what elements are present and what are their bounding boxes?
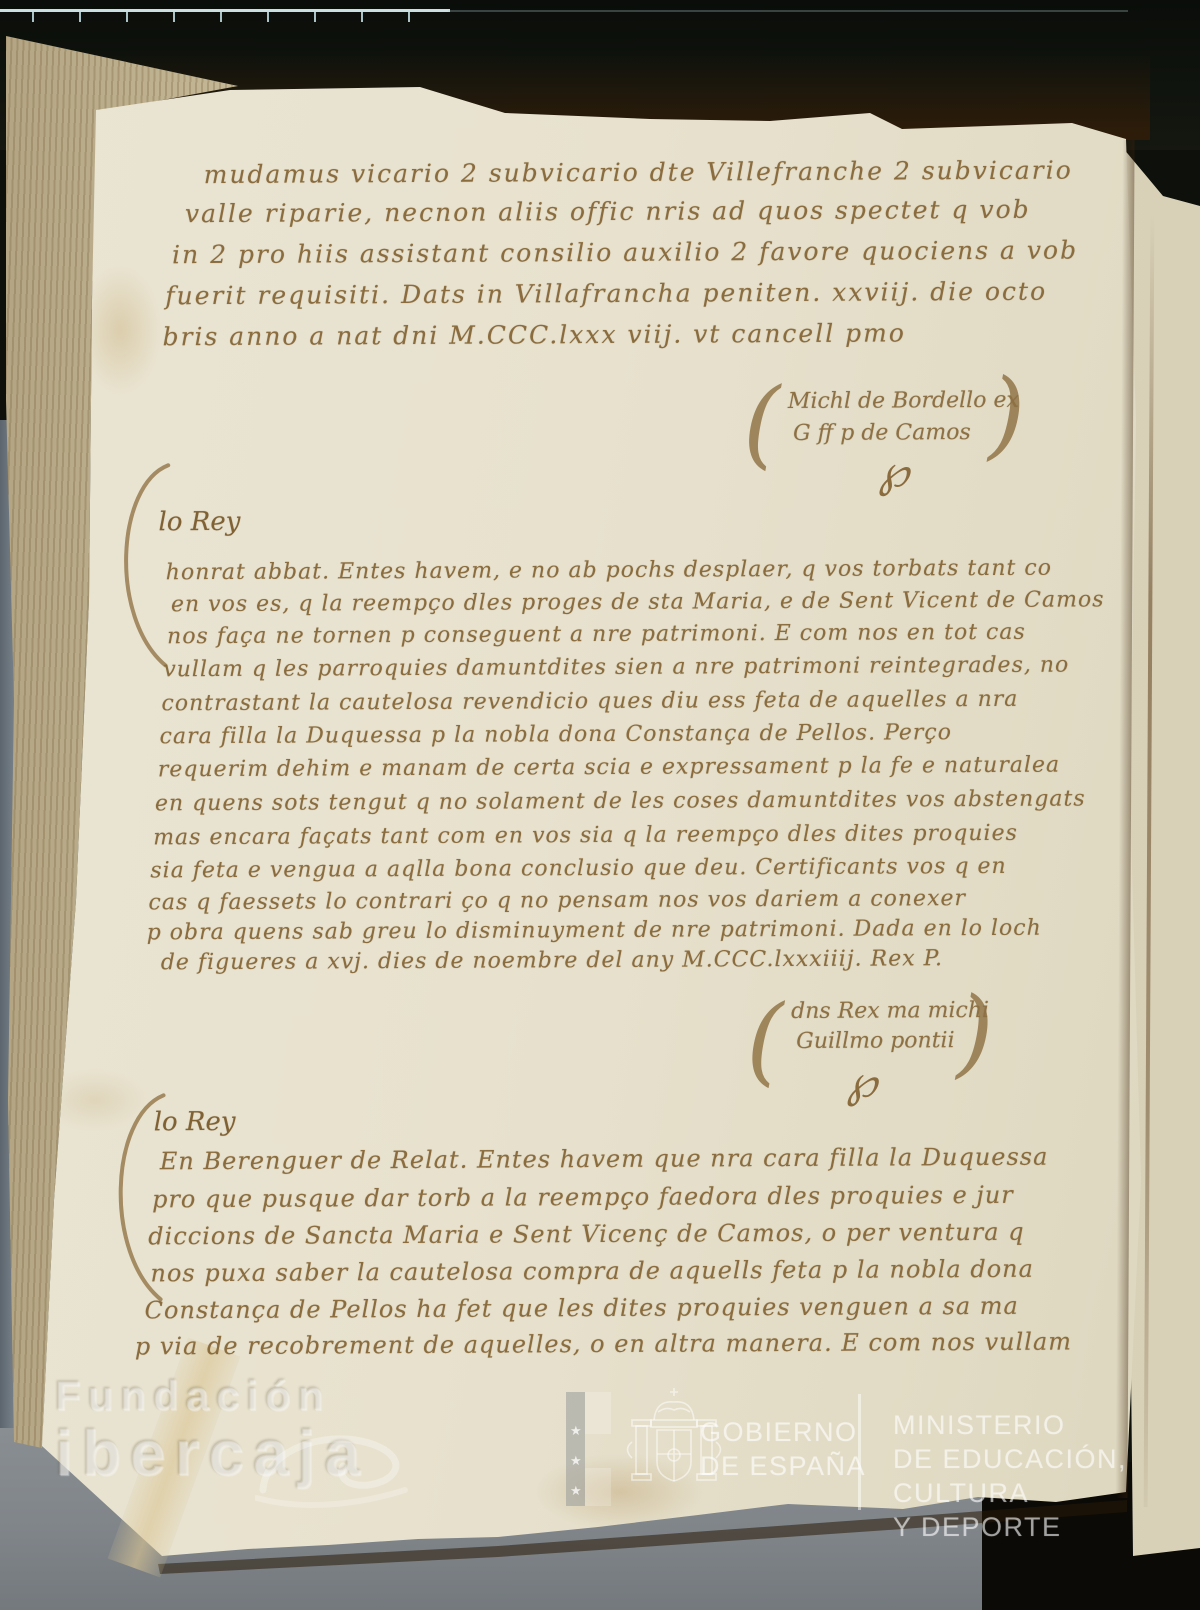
- ibercaja-swirl-icon: [255, 1418, 415, 1523]
- gobierno-line: DE ESPAÑA: [700, 1449, 866, 1483]
- manuscript-line: en quens sots tengut q no solament de le…: [155, 786, 1086, 816]
- signature-flourish: (: [746, 984, 784, 1096]
- watermark-ministerio: MINISTERIO DE EDUCACIÓN, CULTURA Y DEPOR…: [893, 1408, 1200, 1544]
- manuscript-photo: mudamus vicario 2 subvicario dte Villefr…: [0, 0, 1200, 1610]
- manuscript-line: cara filla la Duquessa p la nobla dona C…: [160, 720, 952, 749]
- star-icon: ★: [570, 1454, 582, 1469]
- manuscript-line: valle riparie, necnon aliis offic nris a…: [185, 195, 1031, 228]
- signature-line: G ff p de Camos: [793, 420, 971, 446]
- manuscript-line: p via de recobrement de aquelles, o en a…: [135, 1328, 1072, 1361]
- star-icon: ★: [570, 1424, 582, 1439]
- manuscript-line: pro que pusque dar torb a la reempço fae…: [152, 1181, 1014, 1214]
- signature-flourish: (: [743, 367, 781, 479]
- manuscript-line: de figueres a xvj. dies de noembre del a…: [161, 946, 943, 975]
- manuscript-line: honrat abbat. Entes havem, e no ab pochs…: [166, 556, 1052, 586]
- signature-line: Michl de Bordello ex: [788, 388, 1019, 414]
- manuscript-line: mudamus vicario 2 subvicario dte Villefr…: [204, 156, 1073, 190]
- manuscript-line: cas q faessets lo contrari ço q no pensa…: [148, 886, 966, 915]
- manuscript-line: nos faça ne tornen p conseguent a nre pa…: [167, 620, 1026, 649]
- manuscript-line: En Berenguer de Relat. Entes havem que n…: [160, 1143, 1049, 1176]
- manuscript-line: contrastant la cautelosa revendicio ques…: [161, 687, 1018, 716]
- manuscript-line: requerim dehim e manam de certa scia e e…: [158, 753, 1060, 783]
- signature-line: dns Rex ma michi: [791, 998, 989, 1024]
- star-icon: ★: [570, 1484, 582, 1499]
- watermark-divider: [858, 1394, 861, 1510]
- manuscript-line: bris anno a nat dni M.CCC.lxxx viij. vt …: [162, 318, 905, 351]
- gobierno-line: GOBIERNO: [700, 1415, 866, 1449]
- manuscript-line: sia feta e vengua a aqlla bona conclusio…: [150, 854, 1006, 883]
- notary-mark: ℘: [846, 1057, 877, 1108]
- ministerio-line: Y DEPORTE: [893, 1510, 1200, 1544]
- ministerio-line: DE EDUCACIÓN, CULTURA: [893, 1442, 1200, 1510]
- ink-layer: mudamus vicario 2 subvicario dte Villefr…: [0, 0, 1200, 1610]
- manuscript-line: in 2 pro hiis assistant consilio auxilio…: [172, 235, 1078, 269]
- watermark-gobierno: GOBIERNO DE ESPAÑA: [700, 1415, 866, 1483]
- signature-flourish: ): [956, 976, 994, 1088]
- manuscript-line: mas encara façats tant com en vos sia q …: [153, 821, 1018, 851]
- manuscript-line: en vos es, q la reempço dles proges de s…: [171, 587, 1105, 617]
- letter-heading: lo Rey: [158, 507, 240, 537]
- manuscript-line: nos puxa saber la cautelosa compra de aq…: [150, 1255, 1034, 1288]
- signature-flourish: ): [988, 358, 1026, 470]
- notary-mark: ℘: [878, 446, 909, 497]
- signature-line: Guillmo pontii: [796, 1028, 955, 1054]
- manuscript-line: vullam q les parroquies damuntdites sien…: [163, 653, 1069, 683]
- manuscript-line: p obra quens sab greu lo disminuyment de…: [147, 916, 1042, 946]
- manuscript-line: Constança de Pellos ha fet que les dites…: [145, 1292, 1019, 1325]
- manuscript-line: diccions de Sancta Maria e Sent Vicenç d…: [148, 1218, 1024, 1251]
- manuscript-line: fuerit requisiti. Dats in Villafrancha p…: [165, 277, 1047, 311]
- fundacion-text: Fundación: [55, 1372, 369, 1420]
- letter-heading: lo Rey: [154, 1107, 236, 1137]
- ministerio-line: MINISTERIO: [893, 1408, 1200, 1442]
